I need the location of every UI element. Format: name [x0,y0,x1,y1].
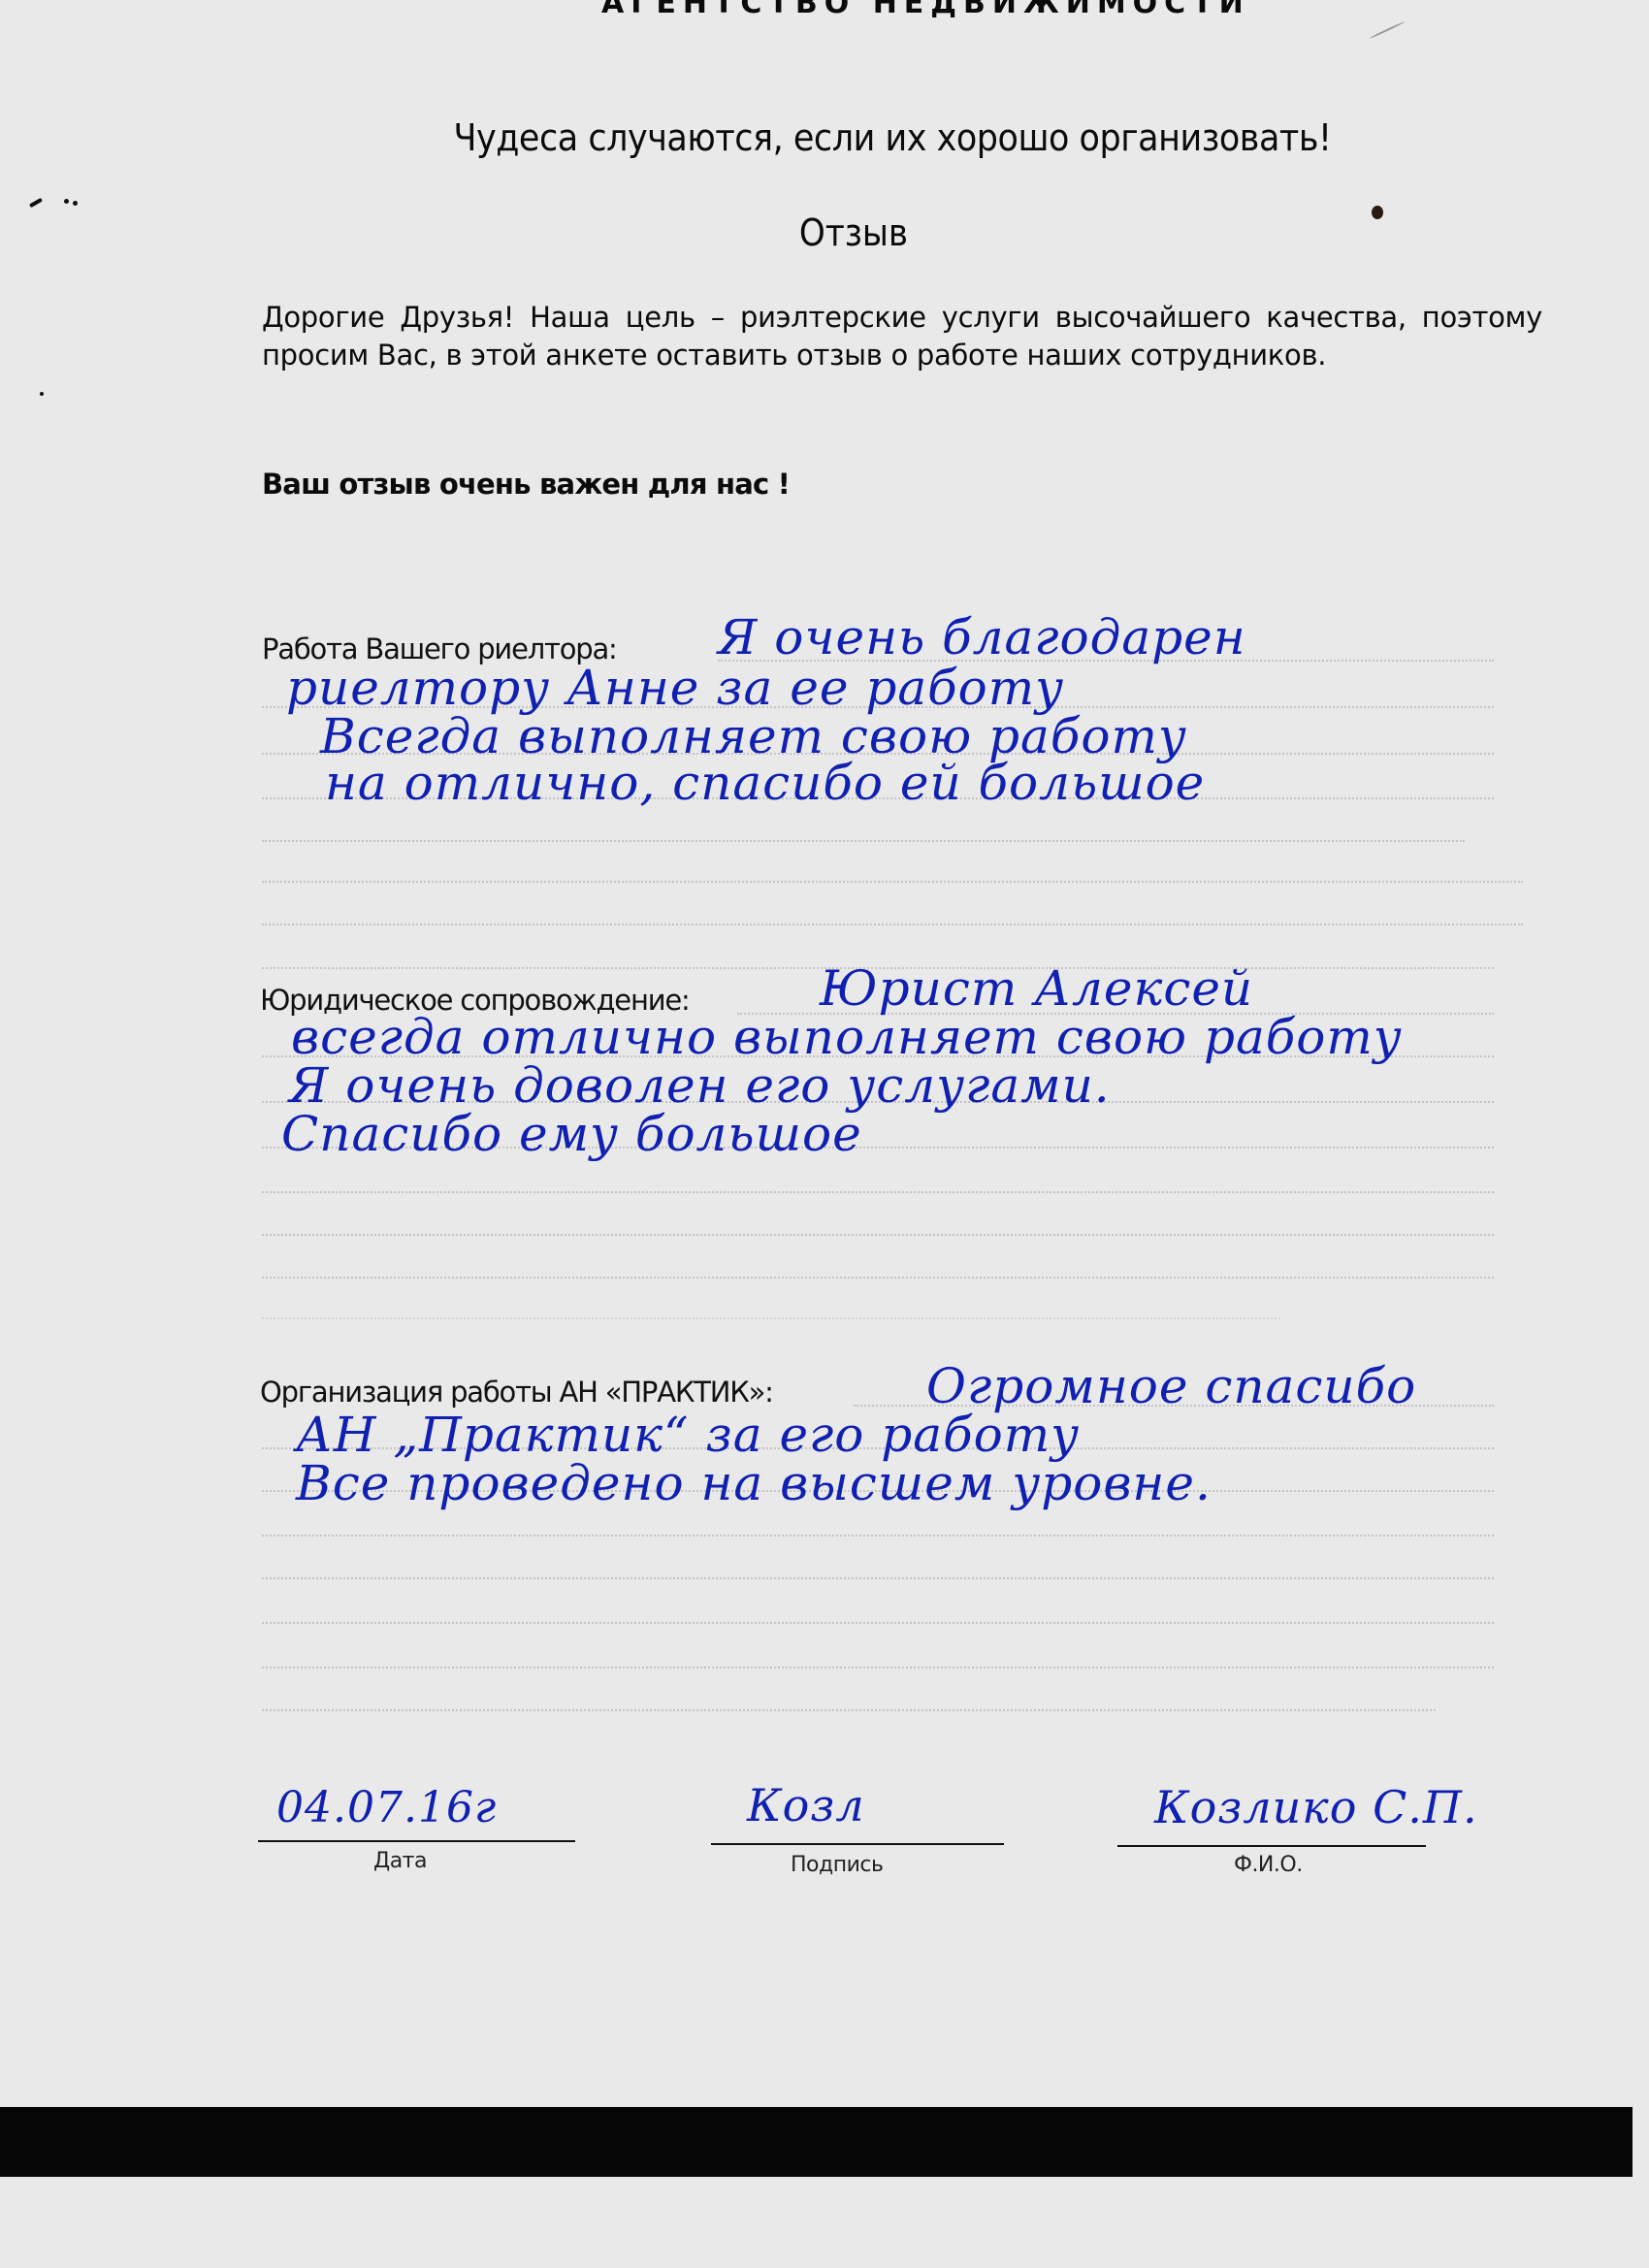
page-title: Отзыв [696,211,1011,254]
scan-footer-bar [0,2107,1633,2177]
name-line [1117,1845,1426,1847]
importance-note: Ваш отзыв очень важен для нас ! [262,468,790,501]
intro-paragraph: Дорогие Друзья! Наша цель – риэлтерские … [262,299,1542,374]
motto-heading: Чудеса случаются, если их хорошо организ… [339,116,1446,159]
scan-mark [1369,21,1405,40]
name-label: Ф.И.О. [1234,1853,1303,1877]
signature-label: Подпись [791,1853,883,1877]
dotted-line [262,1667,1494,1669]
dotted-line [262,1709,1436,1711]
dotted-line [262,1317,1280,1319]
dotted-line [262,1277,1494,1279]
handwritten-line: на отлично, спасибо ей большое [325,755,1205,811]
dotted-line [262,1577,1494,1579]
agency-name: АГЕНТСТВО НЕДВИЖИМОСТИ [601,0,1222,20]
name-value: Козлико С.П. [1154,1781,1478,1833]
scan-speck [64,199,69,204]
handwritten-line: Спасибо ему большое [281,1106,862,1162]
dotted-line [262,923,1523,925]
handwritten-line: Я очень благодарен [718,609,1246,665]
date-value: 04.07.16г [276,1783,497,1832]
dotted-line [262,1234,1494,1236]
dotted-line [262,1622,1494,1624]
signature-line [711,1843,1004,1845]
scan-speck [40,392,44,396]
handwritten-line: Все проведено на высшем уровне. [296,1455,1212,1511]
dotted-line [262,881,1523,883]
signature-value: Козл [747,1779,865,1831]
scan-speck [1372,206,1383,219]
date-line [258,1840,575,1842]
section-label-organization: Организация работы АН «ПРАКТИК»: [260,1376,773,1409]
scan-speck [73,201,78,206]
dotted-line [262,1535,1494,1537]
dotted-line [262,840,1465,842]
date-label: Дата [373,1849,427,1873]
scan-mark [29,198,43,208]
dotted-line [262,1191,1494,1193]
